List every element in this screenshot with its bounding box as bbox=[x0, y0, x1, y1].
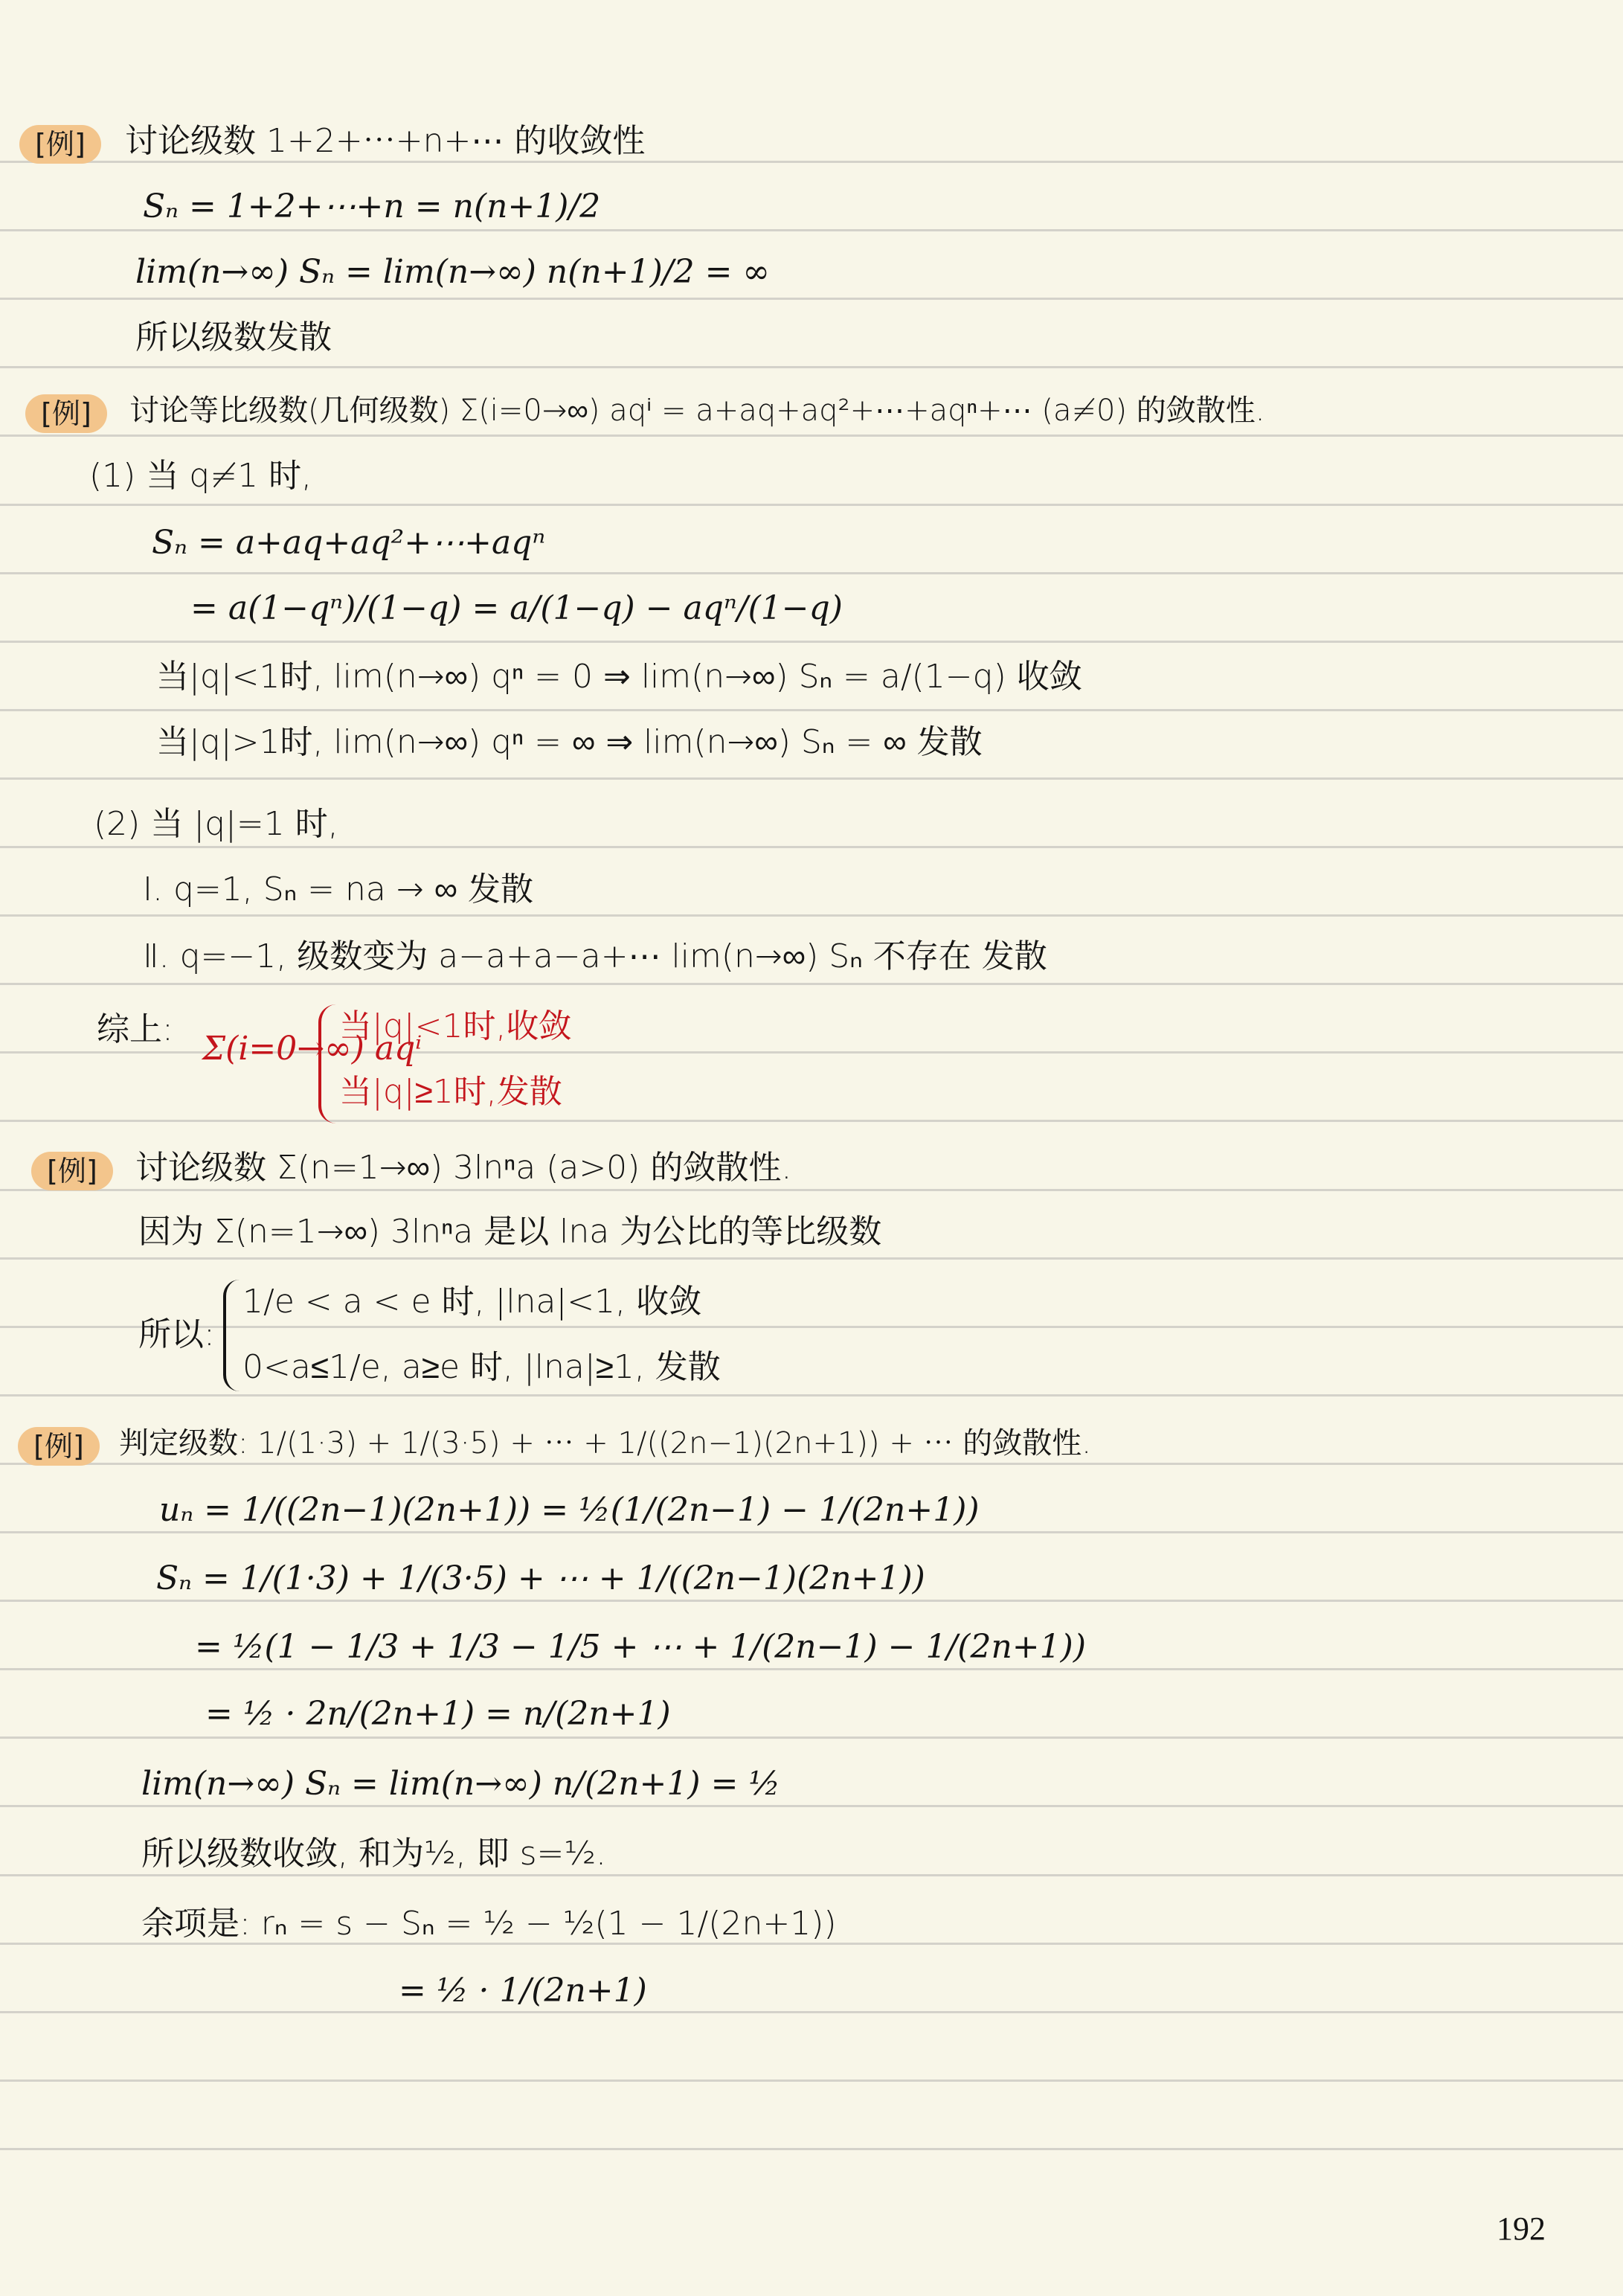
ruled-line bbox=[0, 229, 1623, 231]
example-4-title: 判定级数: 1/(1·3) + 1/(3·5) + ⋯ + 1/((2n−1)(… bbox=[119, 1421, 1091, 1466]
example-4-line: Sₙ = 1/(1·3) + 1/(3·5) + ⋯ + 1/((2n−1)(2… bbox=[156, 1556, 925, 1601]
example-3-conclusion-case: 1/e < a < e 时, |lna|<1, 收敛 bbox=[242, 1280, 701, 1324]
example-2-summary-case: 当|q|≥1时,发散 bbox=[339, 1070, 562, 1115]
example-4-line: 所以级数收敛, 和为½, 即 s=½. bbox=[141, 1832, 606, 1876]
example-2-summary-case: 当|q|<1时,收敛 bbox=[339, 1004, 571, 1049]
example-2-case1-line: 当|q|<1时, lim(n→∞) qⁿ = 0 ⇒ lim(n→∞) Sₙ =… bbox=[156, 655, 1082, 699]
example-3-line: 因为 Σ(n=1→∞) 3lnⁿa 是以 lna 为公比的等比级数 bbox=[138, 1210, 881, 1254]
ruled-line bbox=[0, 914, 1623, 917]
ruled-line bbox=[0, 2079, 1623, 2082]
notebook-page: [例] 讨论级数 1+2+⋯+n+⋯ 的收敛性 Sₙ = 1+2+⋯+n = n… bbox=[0, 0, 1623, 2296]
example-2-case2-line: Ⅱ. q=−1, 级数变为 a−a+a−a+⋯ lim(n→∞) Sₙ 不存在 … bbox=[143, 934, 1047, 979]
example-4-line: uₙ = 1/((2n−1)(2n+1)) = ½(1/(2n−1) − 1/(… bbox=[159, 1488, 980, 1533]
ruled-line bbox=[0, 1326, 1623, 1328]
ruled-line bbox=[0, 1120, 1623, 1122]
example-3-title: 讨论级数 Σ(n=1→∞) 3lnⁿa (a>0) 的敛散性. bbox=[135, 1146, 791, 1190]
example-tag: [例] bbox=[31, 1152, 113, 1190]
ruled-line bbox=[0, 366, 1623, 368]
ruled-line bbox=[0, 1257, 1623, 1260]
ruled-line bbox=[0, 2148, 1623, 2150]
ruled-line bbox=[0, 1737, 1623, 1739]
example-1-line: lim(n→∞) Sₙ = lim(n→∞) n(n+1)/2 = ∞ bbox=[135, 250, 770, 295]
example-4-line: = ½ · 2n/(2n+1) = n/(2n+1) bbox=[205, 1692, 671, 1737]
example-2-case1-line: Sₙ = a+aq+aq²+⋯+aqⁿ bbox=[152, 521, 545, 565]
example-1-title: 讨论级数 1+2+⋯+n+⋯ 的收敛性 bbox=[125, 119, 645, 164]
brace-icon bbox=[223, 1280, 240, 1391]
example-2-case2-label: (2) 当 |q|=1 时, bbox=[94, 802, 338, 847]
brace-icon bbox=[318, 1004, 336, 1123]
ruled-line bbox=[0, 641, 1623, 643]
example-2-case1-line: = a(1−qⁿ)/(1−q) = a/(1−q) − aqⁿ/(1−q) bbox=[190, 586, 843, 631]
page-number: 192 bbox=[1497, 2210, 1546, 2248]
example-4-line: = ½ · 1/(2n+1) bbox=[399, 1969, 647, 2013]
example-1-line: Sₙ = 1+2+⋯+n = n(n+1)/2 bbox=[143, 185, 600, 229]
ruled-line bbox=[0, 298, 1623, 300]
example-3-conclusion-label: 所以: bbox=[138, 1312, 215, 1357]
example-4-line: 余项是: rₙ = s − Sₙ = ½ − ½(1 − 1/(2n+1)) bbox=[141, 1902, 837, 1946]
example-tag: [例] bbox=[19, 125, 101, 164]
ruled-line bbox=[0, 572, 1623, 574]
ruled-line bbox=[0, 434, 1623, 437]
ruled-line bbox=[0, 777, 1623, 780]
example-2-case1-label: (1) 当 q≠1 时, bbox=[89, 454, 312, 498]
example-2-case1-line: 当|q|>1时, lim(n→∞) qⁿ = ∞ ⇒ lim(n→∞) Sₙ =… bbox=[156, 720, 983, 765]
example-tag: [例] bbox=[25, 394, 107, 433]
ruled-line bbox=[0, 709, 1623, 711]
ruled-line bbox=[0, 504, 1623, 506]
example-1-conclusion: 所以级数发散 bbox=[135, 315, 332, 360]
example-tag: [例] bbox=[18, 1427, 100, 1466]
example-4-line: lim(n→∞) Sₙ = lim(n→∞) n/(2n+1) = ½ bbox=[141, 1762, 780, 1806]
example-3-conclusion-case: 0<a≤1/e, a≥e 时, |lna|≥1, 发散 bbox=[242, 1345, 721, 1390]
example-4-line: = ½(1 − 1/3 + 1/3 − 1/5 + ⋯ + 1/(2n−1) −… bbox=[195, 1625, 1086, 1670]
example-2-title: 讨论等比级数(几何级数) Σ(i=0→∞) aqⁱ = a+aq+aq²+⋯+a… bbox=[129, 388, 1264, 433]
ruled-line bbox=[0, 983, 1623, 985]
example-2-summary-label: 综上: bbox=[97, 1007, 173, 1052]
example-2-case2-line: Ⅰ. q=1, Sₙ = na → ∞ 发散 bbox=[143, 868, 533, 912]
ruled-line bbox=[0, 1394, 1623, 1396]
ruled-line bbox=[0, 2011, 1623, 2013]
